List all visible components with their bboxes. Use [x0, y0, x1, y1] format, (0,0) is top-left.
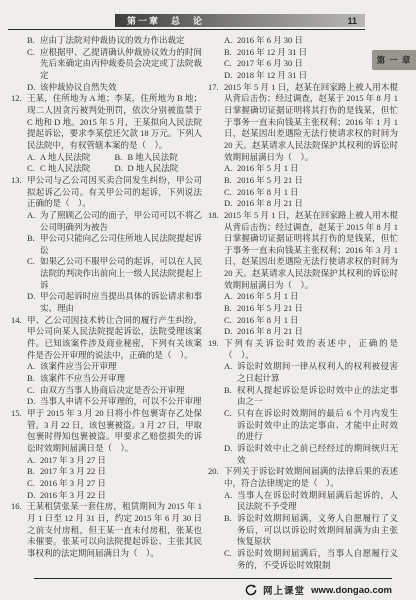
option-item: C.2017 年 6 月 30 日 [224, 58, 398, 70]
option-text: 2017 年 3 月 22 日 [40, 466, 106, 476]
page-number: 11 [347, 16, 357, 26]
option-text: 该案件应当公开审理 [40, 361, 117, 371]
option-letter: A. [224, 35, 232, 47]
option-item: C.2016 年 8 月 1 日 [224, 315, 398, 327]
option-item: D.2016 年 8 月 21 日 [224, 326, 398, 338]
option-text: 2018 年 12 月 31 日 [237, 70, 307, 80]
option-letter: C. [224, 548, 232, 560]
question-item: 20.下列关于诉讼时效期间届满的法律后果的表述中，符合法律规定的是（ ）。 [208, 466, 398, 489]
header-rule [8, 29, 365, 30]
option-letter: C. [224, 187, 232, 199]
option-letter: C. [27, 385, 35, 397]
option-text: A 地人民法院 [40, 152, 90, 162]
option-letter: A. [27, 455, 35, 467]
book-page: 第一章 总 论 11 第 一 章 B.应由丁法院对仲裁协议的效力作出裁定C.应根… [0, 0, 416, 600]
option-letter: A. [224, 163, 232, 175]
option-text: 甲公司起诉时应当提出具体的诉讼请求和事实、理由 [40, 291, 202, 313]
option-text: 2016 年 8 月 1 日 [237, 187, 299, 197]
option-letter: D. [224, 198, 232, 210]
footer: 网上课堂 www.dongao.com [245, 582, 392, 598]
option-item: B.2017 年 3 月 22 日 [27, 466, 202, 478]
option-letter: A. [27, 210, 35, 222]
question-item: 14.甲、乙公司因技术转让合同的履行产生纠纷，甲公司向某人民法院提起诉讼，法院受… [11, 315, 202, 362]
option-letter: D. [224, 70, 232, 82]
dongao-circle-arrow-icon [245, 584, 257, 596]
option-letter: C. [224, 408, 232, 420]
option-item: C.如果乙公司不服甲公司的起诉，可以在人民法院的判决作出前向上一级人民法院提起上… [27, 256, 202, 291]
question-item: 12.王某，住所地为 A 地；李某，住所地为 B 地；现二人因贪污被判处刑罚，依… [11, 93, 202, 151]
option-item: D.当事人申请不公开审理的，可以不公开审理 [27, 396, 202, 408]
option-item: C.由双方当事人协商后决定是否公开审理 [27, 385, 202, 397]
question-number: 14. [11, 315, 22, 327]
option-text: 权利人提起诉讼是诉讼时效中止的法定事由之一 [237, 385, 398, 407]
option-text: 2016 年 3 月 22 日 [40, 490, 106, 500]
question-item: 15.甲于 2015 年 3 月 20 日将小件包裹寄存乙处保管。3 月 22 … [11, 408, 202, 455]
question-number: 20. [208, 466, 219, 478]
question-text: 甲、乙公司因技术转让合同的履行产生纠纷，甲公司向某人民法院提起诉讼，法院受理该案… [27, 315, 202, 360]
option-text: 当事人申请不公开审理的，可以不公开审理 [40, 396, 202, 406]
option-item: A.2016 年 5 月 1 日 [224, 291, 398, 303]
option-text: 由双方当事人协商后决定是否公开审理 [40, 385, 185, 395]
option-item: B.2016 年 12 月 31 日 [224, 47, 398, 59]
option-item: C.C 地人民法院 [27, 163, 115, 175]
option-text: 2016 年 6 月 30 日 [237, 35, 303, 45]
option-item: D.甲公司起诉时应当提出具体的诉讼请求和事实、理由 [27, 291, 202, 314]
option-letter: C. [224, 58, 232, 70]
option-item: B.该案件不应当公开审理 [27, 373, 202, 385]
option-row: A.A 地人民法院B.B 地人民法院 [27, 152, 202, 164]
option-letter: B. [224, 175, 232, 187]
option-letter: A. [27, 361, 35, 373]
option-letter: D. [27, 490, 35, 502]
question-item: 19.下列有关诉讼时效的表述中，正确的是（ ）。 [208, 338, 398, 361]
question-text: 王某租赁张某一套住房，租赁期间为 2015 年 1 月 1 日至 12 月 31… [27, 501, 202, 558]
option-text: 2016 年 5 月 1 日 [237, 291, 299, 301]
option-letter: C. [27, 478, 35, 490]
header-bar: 第一章 总 论 11 [115, 14, 365, 27]
question-number: 12. [11, 93, 22, 105]
right-text-column: A.2016 年 6 月 30 日B.2016 年 12 月 31 日C.201… [208, 35, 398, 571]
option-item: D.2018 年 12 月 31 日 [224, 70, 398, 82]
option-letter: B. [27, 466, 35, 478]
option-letter: D. [27, 396, 35, 408]
option-text: 2016 年 8 月 21 日 [237, 198, 303, 208]
option-item: A.该案件应当公开审理 [27, 361, 202, 373]
footer-rule [34, 578, 392, 579]
option-item: A.A 地人民法院 [27, 152, 115, 164]
footer-brand: 网上课堂 [263, 583, 305, 597]
question-text: 甲公司与乙公司因买卖合同发生纠纷，甲公司拟起诉乙公司。有关甲公司的起诉，下列说法… [27, 175, 202, 208]
option-letter: D. [224, 326, 232, 338]
question-text: 甲于 2015 年 3 月 20 日将小件包裹寄存乙处保管。3 月 22 日，该… [27, 408, 202, 453]
option-text: C 地人民法院 [40, 163, 90, 173]
option-letter: A. [224, 490, 232, 502]
option-letter: B. [115, 152, 123, 164]
option-letter: C. [27, 256, 35, 268]
option-item: A.诉讼时效期间一律从权利人的权利被侵害之日起计算 [224, 361, 398, 384]
question-text: 2015 年 5 月 1 日，赵某在回家路上被人用木棍从背后击伤；经过调查，赵某… [224, 210, 398, 290]
question-number: 19. [208, 338, 219, 350]
option-item: B.应由丁法院对仲裁协议的效力作出裁定 [27, 35, 202, 47]
question-number: 16. [11, 501, 22, 513]
option-item: A.2016 年 6 月 30 日 [224, 35, 398, 47]
option-letter: D. [27, 82, 35, 94]
question-item: 13.甲公司与乙公司因买卖合同发生纠纷，甲公司拟起诉乙公司。有关甲公司的起诉，下… [11, 175, 202, 210]
option-text: 2016 年 12 月 31 日 [237, 47, 307, 57]
option-item: D.2016 年 8 月 21 日 [224, 198, 398, 210]
option-letter: A. [224, 361, 232, 373]
chapter-title: 第一章 总 论 [127, 14, 204, 27]
option-text: B 地人民法院 [128, 152, 178, 162]
option-letter: C. [27, 47, 35, 59]
question-item: 17.2015 年 5 月 1 日，赵某在回家路上被人用木棍从背后击伤；经过调查… [208, 82, 398, 164]
option-item: C.应根据甲、乙提请确认仲裁协议效力的时间先后来确定由丙仲裁委员会决定或丁法院裁… [27, 47, 202, 82]
option-item: A.2017 年 3 月 27 日 [27, 455, 202, 467]
option-row: C.C 地人民法院D.D 地人民法院 [27, 163, 202, 175]
question-text: 下列有关诉讼时效的表述中，正确的是（ ）。 [224, 338, 398, 360]
option-text: 应根据甲、乙提请确认仲裁协议效力的时间先后来确定由丙仲裁委员会决定或丁法院裁定 [40, 47, 202, 80]
option-letter: B. [224, 47, 232, 59]
option-item: A.为了照顾乙公司的面子，甲公司可以不将乙公司明确列为被告 [27, 210, 202, 233]
question-text: 王某，住所地为 A 地；李某，住所地为 B 地；现二人因贪污被判处刑罚，依次分别… [27, 93, 202, 150]
footer-url: www.dongao.com [311, 585, 392, 596]
option-text: 该案件不应当公开审理 [40, 373, 125, 383]
option-item: C.只有在诉讼时效期间的最后 6 个月内发生诉讼时效中止的法定事由、才能中止时效… [224, 408, 398, 443]
option-item: B.B 地人民法院 [115, 152, 203, 164]
option-letter: D. [224, 443, 232, 455]
option-text: 2017 年 6 月 30 日 [237, 58, 303, 68]
option-item: C.2016 年 8 月 1 日 [224, 187, 398, 199]
option-text: 为了照顾乙公司的面子，甲公司可以不将乙公司明确列为被告 [40, 210, 202, 232]
option-text: 该仲裁协议自然失效 [40, 82, 117, 92]
question-number: 13. [11, 175, 22, 187]
option-letter: C. [27, 163, 35, 175]
question-text: 2015 年 5 月 1 日，赵某在回家路上被人用木棍从背后击伤；经过调查，赵某… [224, 82, 398, 162]
option-text: 2016 年 5 月 21 日 [237, 175, 303, 185]
option-item: D.2016 年 3 月 22 日 [27, 490, 202, 502]
option-text: 2016 年 8 月 21 日 [237, 326, 303, 336]
option-text: 诉讼时效期间届满，义务人自愿履行了义务后，可以以诉讼时效期间届满为由主张恢复原状 [237, 513, 398, 546]
left-text-column: B.应由丁法院对仲裁协议的效力作出裁定C.应根据甲、乙提请确认仲裁协议效力的时间… [11, 35, 202, 560]
option-text: 当事人在诉讼时效期间届满后起诉的，人民法院不予受理 [237, 490, 398, 512]
option-letter: A. [224, 291, 232, 303]
option-letter: D. [115, 163, 123, 175]
question-number: 15. [11, 408, 22, 420]
option-item: B.权利人提起诉讼是诉讼时效中止的法定事由之一 [224, 385, 398, 408]
option-text: D 地人民法院 [128, 163, 179, 173]
option-text: 2016 年 5 月 1 日 [237, 163, 299, 173]
option-item: D.诉讼时效中止之前已经经过的期间统归无效 [224, 443, 398, 466]
option-letter: B. [27, 35, 35, 47]
option-item: C.诉讼时效期间届满后，当事人自愿履行义务的，不受诉讼时效限制 [224, 548, 398, 571]
option-item: C.2016 年 3 月 27 日 [27, 478, 202, 490]
question-number: 18. [208, 210, 219, 222]
option-text: 诉讼时效期间一律从权利人的权利被侵害之日起计算 [237, 361, 398, 383]
option-letter: C. [224, 315, 232, 327]
option-letter: B. [224, 303, 232, 315]
option-item: B.2016 年 5 月 21 日 [224, 175, 398, 187]
option-text: 诉讼时效中止之前已经经过的期间统归无效 [237, 443, 398, 465]
question-text: 下列关于诉讼时效期间届满的法律后果的表述中，符合法律规定的是（ ）。 [224, 466, 398, 488]
option-text: 2016 年 8 月 1 日 [237, 315, 299, 325]
option-item: B.诉讼时效期间届满，义务人自愿履行了义务后，可以以诉讼时效期间届满为由主张恢复… [224, 513, 398, 548]
option-text: 2016 年 3 月 27 日 [40, 478, 106, 488]
option-item: B.2016 年 5 月 21 日 [224, 303, 398, 315]
option-letter: A. [27, 152, 35, 164]
option-letter: D. [27, 291, 35, 303]
question-item: 16.王某租赁张某一套住房，租赁期间为 2015 年 1 月 1 日至 12 月… [11, 501, 202, 559]
option-item: A.2016 年 5 月 1 日 [224, 163, 398, 175]
question-item: 18.2015 年 5 月 1 日，赵某在回家路上被人用木棍从背后击伤；经过调查… [208, 210, 398, 292]
option-item: A.当事人在诉讼时效期间届满后起诉的，人民法院不予受理 [224, 490, 398, 513]
option-letter: B. [27, 233, 35, 245]
option-text: 应由丁法院对仲裁协议的效力作出裁定 [40, 35, 185, 45]
option-letter: B. [224, 385, 232, 397]
option-text: 2016 年 5 月 21 日 [237, 303, 303, 313]
option-text: 2017 年 3 月 27 日 [40, 455, 106, 465]
option-item: D.该仲裁协议自然失效 [27, 82, 202, 94]
option-text: 只有在诉讼时效期间的最后 6 个月内发生诉讼时效中止的法定事由、才能中止时效的进… [237, 408, 398, 441]
option-text: 甲公司只能向乙公司住所地人民法院提起诉讼 [40, 233, 202, 255]
option-item: B.甲公司只能向乙公司住所地人民法院提起诉讼 [27, 233, 202, 256]
option-text: 诉讼时效期间届满后，当事人自愿履行义务的，不受诉讼时效限制 [237, 548, 398, 570]
option-text: 如果乙公司不服甲公司的起诉，可以在人民法院的判决作出前向上一级人民法院提起上诉 [40, 256, 202, 289]
option-item: D.D 地人民法院 [115, 163, 203, 175]
option-letter: B. [27, 373, 35, 385]
question-number: 17. [208, 82, 219, 94]
option-letter: B. [224, 513, 232, 525]
